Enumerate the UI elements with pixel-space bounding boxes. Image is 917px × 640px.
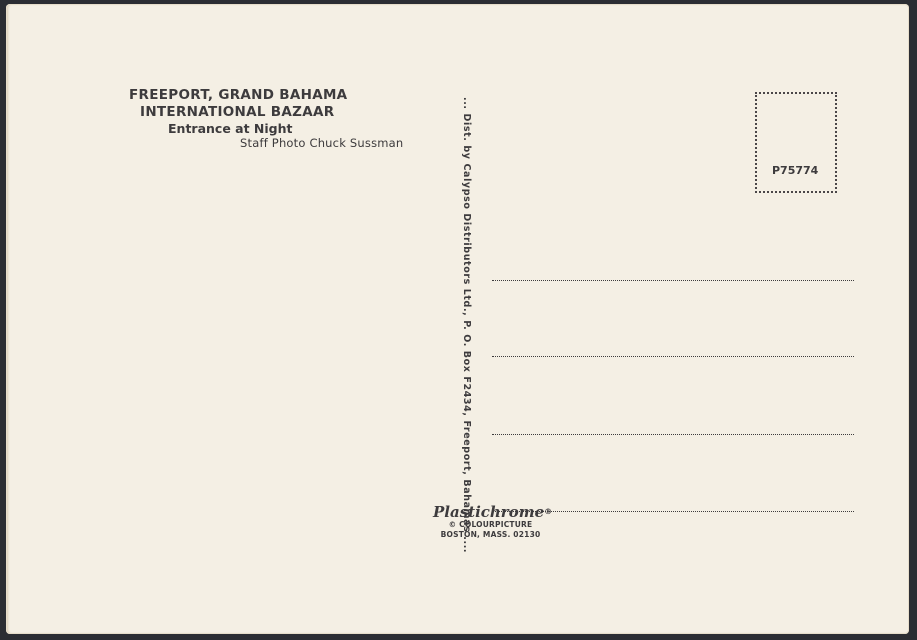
publisher-subtitle: © COLOURPICTURE — [433, 520, 548, 530]
publisher-location: BOSTON, MASS. 02130 — [433, 530, 548, 540]
caption-subject: Entrance at Night — [168, 121, 292, 136]
brand-name: Plastichrome — [433, 503, 544, 521]
address-line-3 — [492, 434, 854, 435]
registered-icon: ® — [544, 507, 552, 516]
caption-photo-credit: Staff Photo Chuck Sussman — [240, 136, 403, 150]
publisher-logo: Plastichrome® © COLOURPICTURE BOSTON, MA… — [433, 504, 548, 540]
stamp-box: P75774 — [755, 92, 837, 193]
caption-place: INTERNATIONAL BAZAAR — [140, 104, 334, 120]
caption-location: FREEPORT, GRAND BAHAMA — [129, 87, 347, 103]
postcard-back: FREEPORT, GRAND BAHAMA INTERNATIONAL BAZ… — [6, 4, 909, 634]
stamp-code: P75774 — [772, 164, 818, 177]
distributor-divider: ... Dist. by Calypso Distributors Ltd., … — [458, 97, 472, 507]
address-line-1 — [492, 280, 854, 281]
address-line-2 — [492, 356, 854, 357]
